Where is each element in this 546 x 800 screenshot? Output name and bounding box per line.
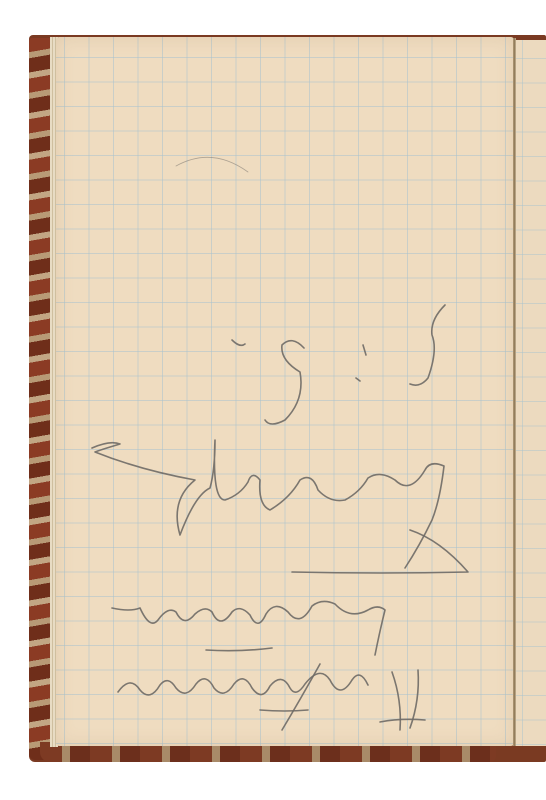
notebook-page-left (56, 37, 514, 746)
notebook-page-right (516, 40, 546, 746)
